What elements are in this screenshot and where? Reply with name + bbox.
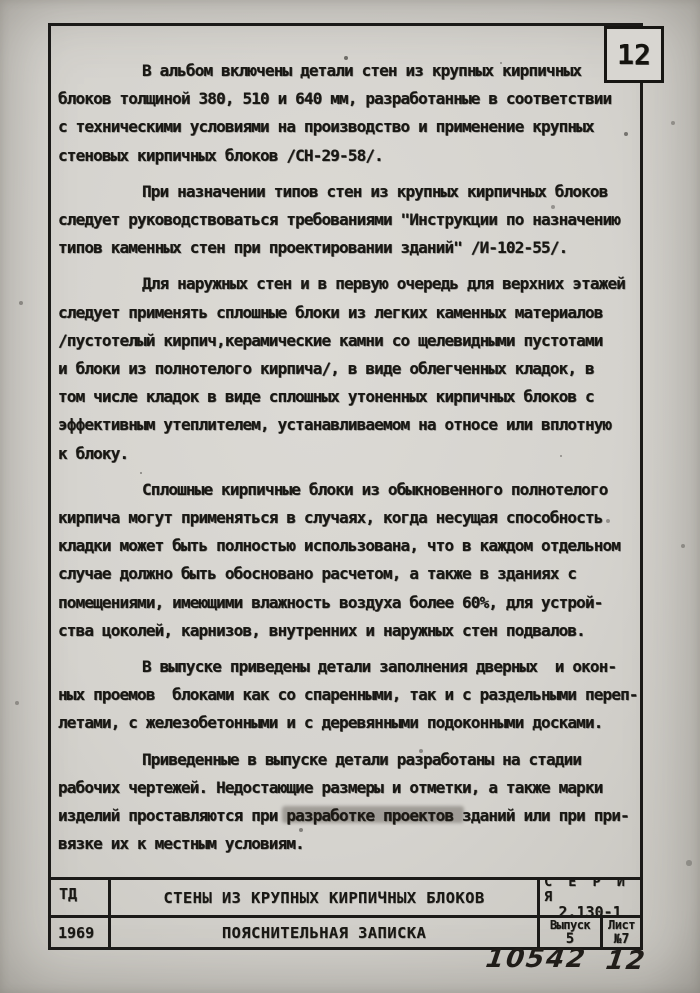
title-block-org-code: ТД bbox=[51, 880, 108, 915]
series-label: С Е Р И Я bbox=[540, 880, 640, 905]
title-block-doc-type: ПОЯСНИТЕЛЬНАЯ ЗАПИСКА bbox=[108, 915, 537, 947]
title-block-series-title: СТЕНЫ ИЗ КРУПНЫХ КИРПИЧНЫХ БЛОКОВ bbox=[108, 880, 537, 915]
scan-noise bbox=[0, 0, 2, 2]
title-block-year: 1969 bbox=[51, 915, 108, 947]
paragraph-working-drawings: Приведенные в выпуске детали разработаны… bbox=[58, 746, 642, 859]
title-block: ТД СТЕНЫ ИЗ КРУПНЫХ КИРПИЧНЫХ БЛОКОВ С Е… bbox=[48, 877, 643, 950]
series-number: 2.130-1 bbox=[558, 905, 621, 915]
paragraph-album-contents: В альбом включены детали стен из крупных… bbox=[58, 57, 642, 170]
page-number: 12 bbox=[617, 38, 651, 71]
title-block-series-cell: С Е Р И Я 2.130-1 bbox=[537, 880, 640, 915]
page-number-box: 12 bbox=[604, 26, 664, 83]
sheet-number: №7 bbox=[614, 933, 630, 947]
sheet-label: Лист bbox=[608, 919, 635, 933]
paragraph-exterior-walls: Для наружных стен и в первую очередь для… bbox=[58, 270, 642, 467]
handwritten-inventory-number: 10542 bbox=[484, 944, 589, 974]
title-block-sheet-cell: Лист №7 bbox=[600, 915, 640, 947]
title-block-issue-cell: Выпуск 5 bbox=[537, 915, 600, 947]
paragraph-wall-type-assignment: При назначении типов стен из крупных кир… bbox=[58, 178, 642, 263]
ink-smudge bbox=[282, 806, 464, 823]
handwritten-page-number: 12 bbox=[604, 946, 648, 976]
document-body-text: В альбом включены детали стен из крупных… bbox=[58, 57, 642, 858]
paragraph-solid-brick-blocks: Сплошные кирпичные блоки из обыкновенног… bbox=[58, 476, 642, 645]
paragraph-openings-filling: В выпуске приведены детали заполнения дв… bbox=[58, 653, 642, 738]
scanned-document-page: 12 В альбом включены детали стен из круп… bbox=[0, 0, 700, 993]
